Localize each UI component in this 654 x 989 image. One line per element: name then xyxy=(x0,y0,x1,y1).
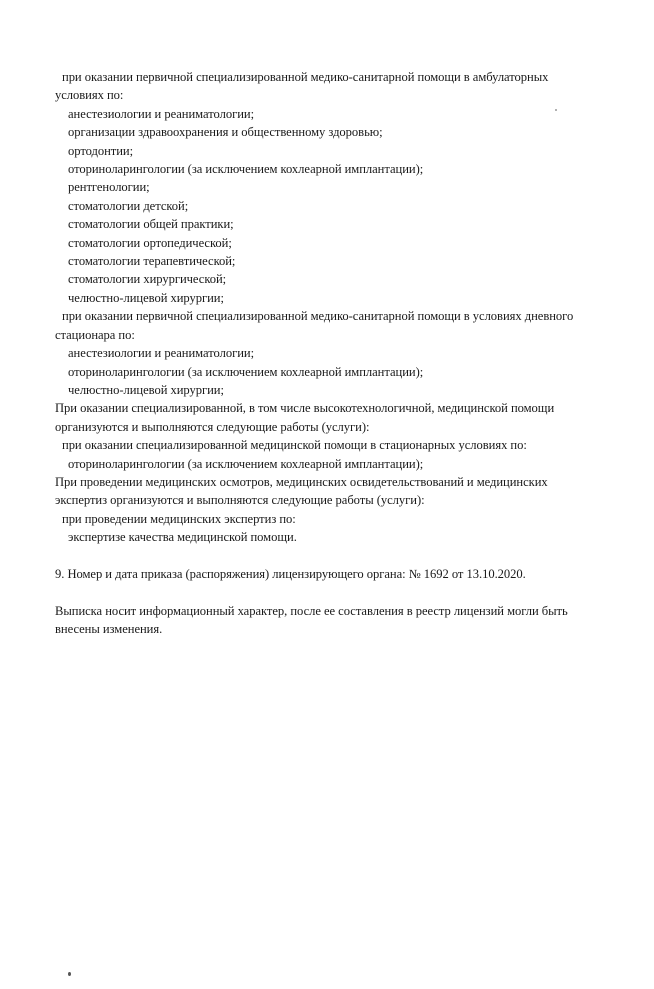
document-line: экспертиз организуются и выполняются сле… xyxy=(55,491,615,509)
document-line: стационара по: xyxy=(55,326,615,344)
document-line: при оказании первичной специализированно… xyxy=(55,68,615,86)
scan-speck xyxy=(555,109,557,111)
document-line: при оказании специализированной медицинс… xyxy=(55,436,615,454)
document-line: стоматологии ортопедической; xyxy=(55,234,615,252)
disclaimer-line-2: внесены изменения. xyxy=(55,620,615,638)
document-line: При оказании специализированной, в том ч… xyxy=(55,399,615,417)
document-line: челюстно-лицевой хирургии; xyxy=(55,381,615,399)
document-line: ортодонтии; xyxy=(55,142,615,160)
scan-speck xyxy=(68,972,71,976)
document-line: стоматологии хирургической; xyxy=(55,270,615,288)
disclaimer-line-1: Выписка носит информационный характер, п… xyxy=(55,602,615,620)
document-line: оториноларингологии (за исключением кохл… xyxy=(55,160,615,178)
document-line: оториноларингологии (за исключением кохл… xyxy=(55,455,615,473)
document-line: экспертизе качества медицинской помощи. xyxy=(55,528,615,546)
document-line: условиях по: xyxy=(55,86,615,104)
document-line: стоматологии терапевтической; xyxy=(55,252,615,270)
order-number-line: 9. Номер и дата приказа (распоряжения) л… xyxy=(55,565,615,583)
document-line: стоматологии общей практики; xyxy=(55,215,615,233)
document-line: организации здравоохранения и общественн… xyxy=(55,123,615,141)
document-line: При проведении медицинских осмотров, мед… xyxy=(55,473,615,491)
document-line: анестезиологии и реаниматологии; xyxy=(55,344,615,362)
document-line: стоматологии детской; xyxy=(55,197,615,215)
document-line: при оказании первичной специализированно… xyxy=(55,307,615,325)
license-activities-list: при оказании первичной специализированно… xyxy=(55,68,615,547)
document-line: челюстно-лицевой хирургии; xyxy=(55,289,615,307)
document-line: анестезиологии и реаниматологии; xyxy=(55,105,615,123)
document-line: рентгенологии; xyxy=(55,178,615,196)
document-line: организуются и выполняются следующие раб… xyxy=(55,418,615,436)
document-page: при оказании первичной специализированно… xyxy=(55,68,615,639)
document-line: при проведении медицинских экспертиз по: xyxy=(55,510,615,528)
document-line: оториноларингологии (за исключением кохл… xyxy=(55,363,615,381)
spacer xyxy=(55,547,615,565)
spacer xyxy=(55,583,615,601)
